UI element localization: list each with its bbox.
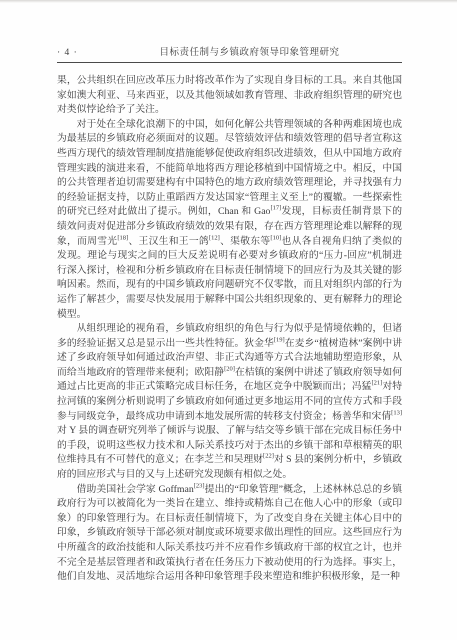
citation-ref: [20] [224,366,235,373]
page-number: · 4 · [57,48,117,58]
citation-ref: [10] [270,234,281,241]
body-text: 果，公共组织在回应改革压力时将改革作为了实现自身目标的工具。来自其他国家如澳大利… [57,74,402,585]
paragraph: 对于处在全球化浪潮下的中国，如何化解公共管理领域的各种两难困境也成为最基层的乡镇… [57,118,402,322]
paragraph: 借助美国社会学家 Goffman[23]提出的“印象管理”概念，上述林林总总的乡… [57,483,402,585]
book-page: · 4 · 目标责任制与乡镇政府领导印象管理研究 果，公共组织在回应改革压力时将… [0,0,457,640]
citation-ref: [12] [209,234,220,241]
citation-ref: [22] [263,453,274,460]
citation-ref: [17] [270,205,281,212]
citation-ref: [19] [274,336,285,343]
citation-ref: [18] [117,234,128,241]
paragraph: 从组织理论的视角看，乡镇政府组织的角色与行为似乎是情境依赖的，但诸多的经验证据又… [57,322,402,483]
citation-ref: [13] [391,409,402,416]
citation-ref: [21] [372,380,383,387]
paragraph: 果，公共组织在回应改革压力时将改革作为了实现自身目标的工具。来自其他国家如澳大利… [57,74,402,118]
scan-edge [0,0,457,3]
page-header: · 4 · 目标责任制与乡镇政府领导印象管理研究 [57,44,402,63]
page-content: · 4 · 目标责任制与乡镇政府领导印象管理研究 果，公共组织在回应改革压力时将… [57,44,402,585]
citation-ref: [23] [194,482,205,489]
running-title: 目标责任制与乡镇政府领导印象管理研究 [117,44,382,58]
